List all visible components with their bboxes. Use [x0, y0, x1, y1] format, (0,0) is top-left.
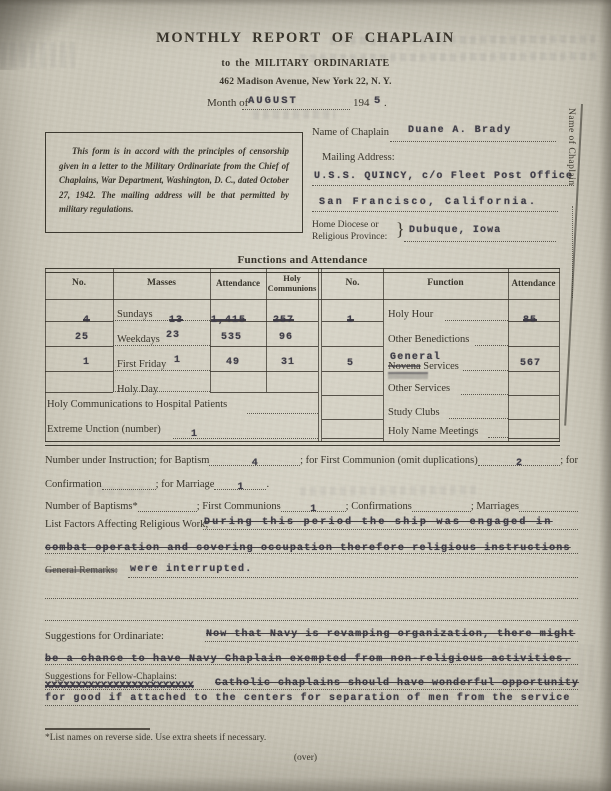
- instruction-l3-text-b: ; First Communions: [197, 501, 281, 512]
- blank-rule: [45, 620, 578, 621]
- header-no-left: No.: [45, 278, 113, 288]
- table-bottom-rule: [45, 441, 560, 446]
- row-label-other-benedictions: Other Benedictions: [388, 334, 469, 345]
- row-rule: [322, 438, 383, 439]
- typed-no-first-friday: 1: [83, 357, 90, 368]
- typed-ordinariate-line2: be a chance to have Navy Chaplain exempt…: [45, 654, 571, 665]
- col-divider: [508, 268, 509, 442]
- year-typed-value: 5: [374, 95, 381, 107]
- typed-factors-line1: During this period the ship was engaged …: [204, 517, 553, 528]
- row-label-other-services: Other Services: [388, 383, 450, 394]
- typed-fellow-line1: Catholic chaplains should have wonderful…: [215, 678, 579, 689]
- typed-no-general-services: 5: [347, 358, 354, 369]
- row-rule: [113, 370, 210, 371]
- row-rule: [322, 419, 383, 420]
- table-border-left: [45, 268, 46, 442]
- instruction-l3-text-c: ; Confirmations: [346, 501, 412, 512]
- crossed-out-typed-fragment: [388, 372, 428, 379]
- typed-no-holy-hour: 1: [347, 315, 354, 326]
- row-rule: [508, 419, 559, 420]
- header-masses: Masses: [113, 278, 210, 288]
- factors-rule-1: [203, 529, 578, 530]
- row-rule: [449, 418, 508, 419]
- instruction-l2-period: .: [266, 479, 269, 490]
- typed-attendance-holy-hour: 85: [523, 315, 537, 326]
- month-rule: [242, 109, 350, 110]
- row-rule: [488, 437, 508, 438]
- col-divider: [383, 268, 384, 442]
- factors-label: List Factors Affecting Religious Work;: [45, 519, 208, 530]
- table-center-divider: [318, 268, 319, 442]
- footnote-rule: [45, 728, 150, 730]
- header-holy-communions-line2: Communions: [268, 283, 317, 293]
- instruction-l1-text-c: ; for: [560, 455, 578, 466]
- row-label-first-friday: First Friday: [117, 359, 166, 370]
- typed-count-sundays: 13: [169, 315, 183, 326]
- row-rule: [445, 320, 508, 321]
- header-no-right: No.: [322, 278, 383, 288]
- header-function: Function: [383, 278, 508, 288]
- typed-count-first-friday: 1: [174, 355, 181, 366]
- instruction-l2-text-a: Confirmation: [45, 479, 102, 490]
- table-border-right: [559, 268, 560, 442]
- general-remarks-label-struck: General Remarks:: [45, 565, 117, 576]
- typed-first-communions-number: 1: [310, 504, 316, 515]
- typed-unction-value: 1: [191, 429, 198, 440]
- form-title: MONTHLY REPORT OF CHAPLAIN: [0, 30, 611, 47]
- address-rule-1: [312, 185, 574, 186]
- typed-no-sundays: 4: [83, 315, 90, 326]
- instruction-line-2: Confirmation ; for Marriage 1 .: [45, 477, 578, 490]
- name-of-chaplain-value: Duane A. Brady: [408, 125, 512, 136]
- suggestions-ordinariate-label: Suggestions for Ordinariate:: [45, 631, 164, 642]
- over-text: (over): [0, 753, 611, 763]
- row-rule: [45, 371, 113, 372]
- typed-baptism-count: 4: [252, 458, 258, 469]
- row-label-weekdays: Weekdays: [117, 334, 160, 345]
- name-field-rule: [390, 141, 556, 142]
- header-attendance-right: Attendance: [508, 278, 559, 288]
- year-printed: 194: [353, 97, 370, 109]
- table-center-divider: [321, 268, 322, 442]
- baptism-count-field: 4: [209, 453, 300, 466]
- document-page: MONTHLY REPORT OF CHAPLAIN to the MILITA…: [0, 0, 611, 791]
- row-rule: [322, 346, 383, 347]
- month-typed-value: AUGUST: [248, 95, 298, 107]
- hospital-rule: [247, 413, 318, 414]
- typed-communions-weekdays: 96: [279, 332, 293, 343]
- typed-count-weekdays: 23: [166, 330, 180, 341]
- typed-marriage-count: 1: [237, 482, 243, 493]
- edge-name-of-chaplain-label: Name of Chaplain: [566, 108, 576, 186]
- first-communion-count-field: 2: [478, 453, 560, 466]
- row-rule: [45, 321, 113, 322]
- row-rule: [210, 346, 318, 347]
- row-rule: [461, 394, 508, 395]
- instruction-l2-text-b: ; for Marriage: [156, 479, 215, 490]
- row-rule: [322, 395, 383, 396]
- typed-factors-line2: combat operation and covering occupation…: [45, 543, 571, 554]
- fellow-rule-2: [45, 705, 578, 706]
- row-rule: [45, 392, 113, 393]
- first-communions-number-field: 1: [281, 499, 346, 512]
- header-attendance-left: Attendance: [210, 278, 266, 288]
- name-of-chaplain-label: Name of Chaplain: [312, 127, 389, 138]
- row-label-study-clubs: Study Clubs: [388, 407, 440, 418]
- mailing-address-value-line1: U.S.S. QUINCY, c/o Fleet Post Office: [314, 171, 573, 182]
- typed-communions-sundays: 257: [273, 315, 294, 326]
- typed-general-correction: General: [390, 352, 441, 363]
- table-header-rule: [45, 299, 560, 300]
- footnote-text: *List names on reverse side. Use extra s…: [45, 733, 266, 743]
- row-rule: [463, 370, 508, 371]
- form-subtitle: to the MILITARY ORDINARIATE: [0, 58, 611, 69]
- row-rule: [508, 346, 559, 347]
- header-holy-communions: Holy Communions: [266, 273, 318, 293]
- mailing-address-label: Mailing Address:: [322, 152, 395, 163]
- blank-rule: [45, 598, 578, 599]
- row-rule: [45, 346, 113, 347]
- typed-attendance-weekdays: 535: [221, 332, 242, 343]
- censorship-notice-box: This form is in accord with the principl…: [45, 132, 303, 233]
- instruction-l3-text-d: ; Marriages: [471, 501, 519, 512]
- month-label: Month of: [207, 97, 248, 109]
- censorship-notice-text: This form is in accord with the principl…: [59, 144, 289, 217]
- typed-first-communion-count: 2: [516, 458, 522, 469]
- instruction-l3-text-a: Number of Baptisms*: [45, 501, 138, 512]
- row-rule: [508, 395, 559, 396]
- instruction-line-3: Number of Baptisms* ; First Communions 1…: [45, 499, 578, 512]
- edge-label-rule: [572, 206, 573, 298]
- form-address: 462 Madison Avenue, New York 22, N. Y.: [0, 77, 611, 87]
- row-label-holy-name-meetings: Holy Name Meetings: [388, 426, 478, 437]
- row-rule: [113, 320, 210, 321]
- scan-edge-bottom: [0, 777, 611, 791]
- bleed-through-artifact: [253, 110, 335, 120]
- hospital-communions-label: Holy Communications to Hospital Patients: [47, 399, 227, 410]
- row-rule: [322, 371, 383, 372]
- confirmations-number-field: [412, 499, 471, 512]
- baptisms-number-field: [138, 499, 197, 512]
- marriages-number-field: [519, 499, 578, 512]
- diocese-rule: [404, 241, 556, 242]
- row-rule: [210, 392, 318, 393]
- row-rule: [210, 371, 318, 372]
- instruction-line-1: Number under Instruction; for Baptism 4 …: [45, 453, 578, 466]
- instruction-l1-text-a: Number under Instruction; for Baptism: [45, 455, 209, 466]
- diocese-brace: }: [396, 219, 405, 240]
- ordinariate-rule-1: [205, 641, 578, 642]
- month-line-period: .: [384, 97, 387, 109]
- diocese-label-line2: Religious Province:: [312, 232, 387, 242]
- mailing-address-value-line2: San Francisco, California.: [319, 197, 537, 208]
- row-rule: [113, 345, 210, 346]
- typed-no-weekdays: 25: [75, 332, 89, 343]
- row-rule: [508, 371, 559, 372]
- header-holy-communions-line1: Holy: [283, 273, 300, 283]
- table-title: Functions and Attendance: [45, 254, 560, 266]
- typed-factors-line3: were interrupted.: [130, 564, 252, 575]
- diocese-value: Dubuque, Iowa: [409, 225, 501, 236]
- row-label-sundays: Sundays: [117, 309, 153, 320]
- typed-communions-first-friday: 31: [281, 357, 295, 368]
- scan-edge-right: [599, 0, 611, 791]
- row-rule: [475, 345, 508, 346]
- diocese-label-line1: Home Diocese or: [312, 220, 378, 230]
- typed-attendance-sundays: 1,415: [211, 315, 246, 326]
- typed-fellow-line2: for good if attached to the centers for …: [45, 693, 570, 704]
- factors-rule-3: [128, 577, 578, 578]
- row-label-holy-day: Holy Day: [117, 384, 158, 395]
- instruction-l1-text-b: ; for First Communion (omit duplications…: [300, 455, 478, 466]
- confirmation-count-field: [102, 477, 156, 490]
- extreme-unction-label: Extreme Unction (number): [47, 424, 161, 435]
- attendance-table: No. Masses Attendance Holy Communions No…: [45, 268, 560, 447]
- typed-attendance-general-services: 567: [520, 358, 541, 369]
- typed-attendance-first-friday: 49: [226, 357, 240, 368]
- scan-edge-top: [0, 0, 611, 6]
- marriage-count-field: 1: [214, 477, 266, 490]
- row-label-holy-hour: Holy Hour: [388, 309, 433, 320]
- typed-x-strikeout: XXXXXXXXXXXXXXXXXXXXXXXX: [45, 681, 194, 692]
- typed-ordinariate-line1: Now that Navy is revamping organization,…: [206, 629, 575, 640]
- address-rule-2: [312, 211, 558, 212]
- row-rule: [508, 438, 559, 439]
